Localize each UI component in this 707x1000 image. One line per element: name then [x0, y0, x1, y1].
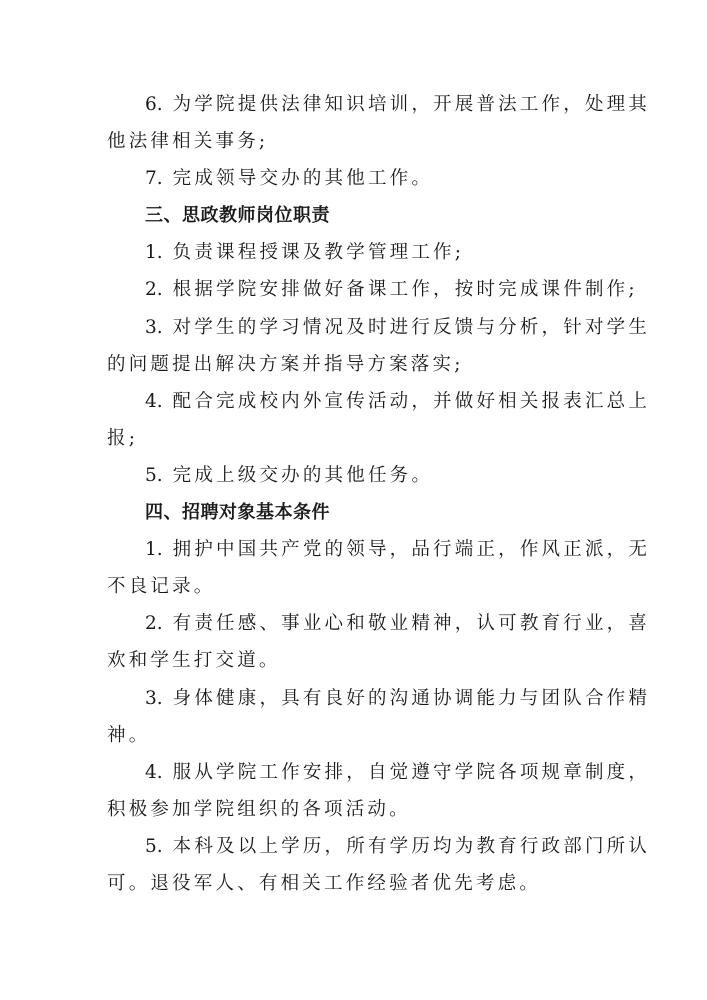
item-number: 3.: [145, 317, 163, 338]
list-item-4: 4.配合完成校内外宣传活动，并做好相关报表汇总上: [107, 383, 603, 420]
item-text: 完成领导交办的其他工作。: [173, 168, 433, 189]
item-number: 5.: [145, 836, 163, 857]
continuation-line: 报;: [107, 420, 603, 457]
list-item-4: 4.服从学院工作安排，自觉遵守学院各项规章制度，: [107, 754, 603, 791]
list-item-1: 1.负责课程授课及教学管理工作;: [107, 234, 603, 271]
item-text: 可。退役军人、有相关工作经验者优先考虑。: [107, 873, 541, 894]
continuation-line: 积极参加学院组织的各项活动。: [107, 791, 603, 828]
item-number: 4.: [145, 762, 163, 783]
item-number: 6.: [145, 94, 163, 115]
list-item-3: 3.身体健康，具有良好的沟通协调能力与团队合作精: [107, 680, 603, 717]
item-text: 根据学院安排做好备课工作，按时完成课件制作;: [173, 279, 638, 300]
item-number: 4.: [145, 391, 163, 412]
item-text: 的问题提出解决方案并指导方案落实;: [107, 354, 464, 375]
item-number: 3.: [145, 688, 163, 709]
item-number: 2.: [145, 279, 163, 300]
item-number: 7.: [145, 168, 163, 189]
item-text: 欢和学生打交道。: [107, 650, 281, 671]
continuation-line: 的问题提出解决方案并指导方案落实;: [107, 346, 603, 383]
item-number: 1.: [145, 242, 163, 263]
item-text: 积极参加学院组织的各项活动。: [107, 799, 411, 820]
item-text: 为学院提供法律知识培训，开展普法工作，处理其: [173, 94, 650, 115]
section-heading-3: 三、思政教师岗位职责: [107, 197, 603, 234]
item-text: 身体健康，具有良好的沟通协调能力与团队合作精: [173, 688, 650, 709]
item-number: 1.: [145, 539, 163, 560]
item-text: 不良记录。: [107, 576, 216, 597]
item-text: 神。: [107, 725, 150, 746]
item-text: 对学生的学习情况及时进行反馈与分析，针对学生: [173, 317, 650, 338]
item-text: 他法律相关事务;: [107, 131, 268, 152]
item-text: 配合完成校内外宣传活动，并做好相关报表汇总上: [173, 391, 650, 412]
continuation-line: 可。退役军人、有相关工作经验者优先考虑。: [107, 865, 603, 902]
document-page: 6.为学院提供法律知识培训，开展普法工作，处理其 他法律相关事务; 7.完成领导…: [107, 86, 603, 902]
list-item-7: 7.完成领导交办的其他工作。: [107, 160, 603, 197]
item-number: 5.: [145, 465, 163, 486]
item-text: 报;: [107, 428, 138, 449]
list-item-5: 5.完成上级交办的其他任务。: [107, 457, 603, 494]
item-text: 服从学院工作安排，自觉遵守学院各项规章制度，: [173, 762, 650, 783]
section-heading-4: 四、招聘对象基本条件: [107, 494, 603, 531]
item-text: 本科及以上学历，所有学历均为教育行政部门所认: [173, 836, 650, 857]
continuation-line: 他法律相关事务;: [107, 123, 603, 160]
list-item-2: 2.有责任感、事业心和敬业精神，认可教育行业，喜: [107, 605, 603, 642]
item-text: 完成上级交办的其他任务。: [173, 465, 433, 486]
continuation-line: 神。: [107, 717, 603, 754]
list-item-3: 3.对学生的学习情况及时进行反馈与分析，针对学生: [107, 309, 603, 346]
item-text: 负责课程授课及教学管理工作;: [173, 242, 465, 263]
list-item-1: 1.拥护中国共产党的领导，品行端正，作风正派，无: [107, 531, 603, 568]
item-number: 2.: [145, 613, 163, 634]
list-item-6: 6.为学院提供法律知识培训，开展普法工作，处理其: [107, 86, 603, 123]
list-item-5: 5.本科及以上学历，所有学历均为教育行政部门所认: [107, 828, 603, 865]
continuation-line: 欢和学生打交道。: [107, 642, 603, 679]
item-text: 拥护中国共产党的领导，品行端正，作风正派，无: [173, 539, 650, 560]
list-item-2: 2.根据学院安排做好备课工作，按时完成课件制作;: [107, 271, 603, 308]
continuation-line: 不良记录。: [107, 568, 603, 605]
item-text: 有责任感、事业心和敬业精神，认可教育行业，喜: [173, 613, 650, 634]
